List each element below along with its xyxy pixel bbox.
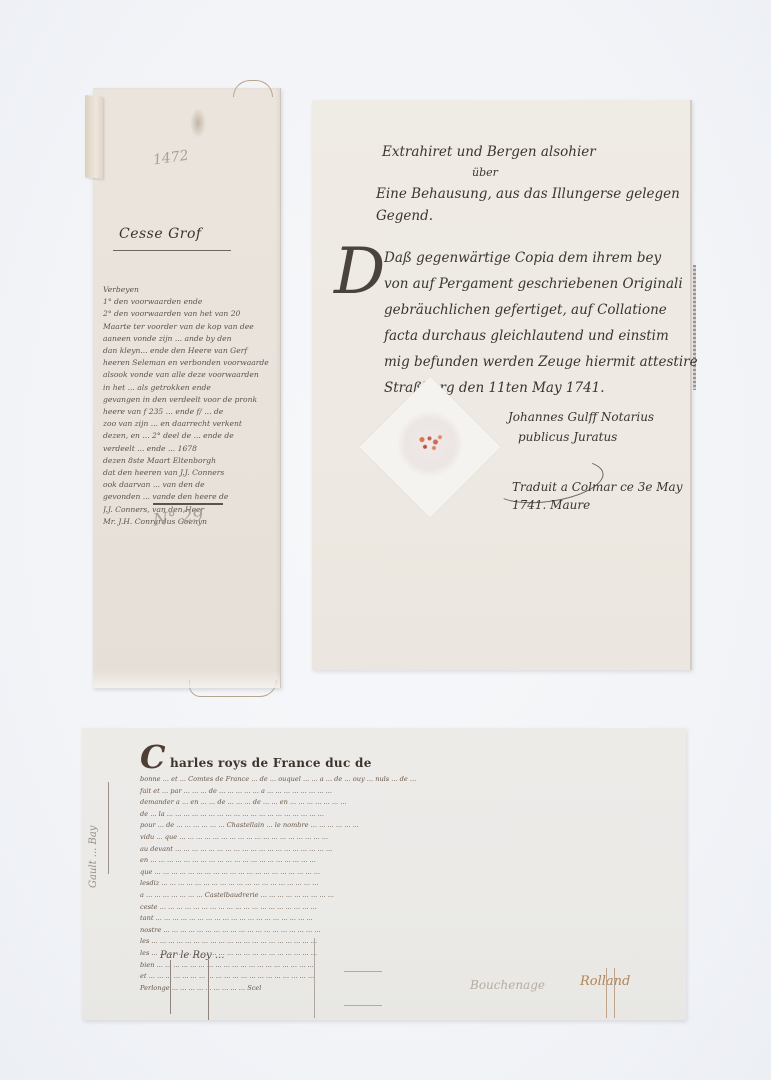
body-line: dezen 8ste Maart Eltenborgh	[103, 455, 275, 467]
body-line: gevonden ... vande den heere de	[103, 491, 275, 503]
heading-line: über	[472, 166, 498, 179]
charter-line: lesdiz ... ... ... ... ... ... ... ... .…	[140, 878, 670, 890]
charter-line: au devant ... ... ... ... ... ... ... ..…	[140, 844, 670, 856]
charter-heading: harles roys de France duc de	[170, 756, 372, 770]
charter-line: les ... ... ... ... ... ... ... ... ... …	[140, 936, 670, 948]
body-line: dan kleyn... ende den Heere van Gerf	[103, 345, 275, 357]
medieval-charter: Gault ... Bay C harles roys de France du…	[82, 728, 686, 1020]
notary-signature: Johannes Gulff Notarius	[508, 410, 654, 424]
decorative-initial: D	[334, 240, 385, 304]
body-line: heere van f 235 ... ende f/ ... de	[103, 406, 275, 418]
body-line: dat den heeren van J.J. Conners	[103, 467, 275, 479]
body-line: dezen, en ... 2° deel de ... ende de	[103, 430, 275, 442]
charter-line: fait et ... par ... ... ... de ... ... .…	[140, 786, 670, 798]
charter-line: que ... ... ... ... ... ... ... ... ... …	[140, 867, 670, 879]
charter-line: ceste ... ... ... ... ... ... ... ... ..…	[140, 902, 670, 914]
body-line: Verbeyen	[103, 284, 275, 296]
body-line: aaneen vonde zijn ... ande by den	[103, 333, 275, 345]
body-line: 1° den voorwaarden ende	[103, 296, 275, 308]
charter-line: en ... ... ... ... ... ... ... ... ... .…	[140, 855, 670, 867]
wax-seal-traces	[416, 430, 446, 454]
heading-line: Eine Behausung, aus das Illungerse geleg…	[376, 186, 680, 202]
torn-bottom-edge	[93, 670, 280, 688]
left-folded-document: 1472 Cesse Grof Verbeyen 1° den voorwaar…	[93, 88, 281, 688]
body-line: mig befunden werden Zeuge hiermit attest…	[384, 354, 698, 370]
notary-title: publicus Juratus	[518, 430, 617, 444]
charter-line: bien ... ... ... ... ... ... ... ... ...…	[140, 960, 670, 972]
charter-initial: C	[140, 738, 165, 776]
body-line: 2° den voorwaarden van het van 20	[103, 308, 275, 320]
charter-line: tant ... ... ... ... ... ... ... ... ...…	[140, 913, 670, 925]
heading-line: Extrahiret und Bergen alsohier	[382, 144, 596, 160]
closing-rule	[153, 503, 223, 505]
body-line: in het ... als getrokken ende	[103, 382, 275, 394]
fold-rule	[344, 1005, 382, 1006]
charter-line: a ... ... ... ... ... ... ... Castelbaud…	[140, 890, 670, 902]
charter-line: vidu ... que ... ... ... ... ... ... ...…	[140, 832, 670, 844]
translation-note: Traduit a Colmar ce 3e May	[512, 480, 682, 494]
folded-corner	[85, 95, 103, 179]
body-line: Maarte ter voorder van de kop van dee	[103, 321, 275, 333]
body-line: alsook vonde van alle deze voorwaarden	[103, 369, 275, 381]
fold-crease	[314, 938, 315, 1018]
charter-line: bonne ... et ... Comtes de France ... de…	[140, 774, 670, 786]
secretary-signature: Bouchenage	[470, 978, 545, 992]
charter-line: de ... la ... ... ... ... ... ... ... ..…	[140, 809, 670, 821]
seal-cord-slit	[170, 960, 171, 1014]
margin-note: Gault ... Bay	[88, 778, 99, 888]
fold-rule	[344, 971, 382, 972]
margin-rule	[108, 782, 109, 874]
translation-signature: 1741. Maure	[512, 498, 590, 512]
body-line: facta durchaus gleichlautend und einstim	[384, 328, 669, 344]
seal-cord-slit	[208, 960, 209, 1020]
body-line: gevangen in den verdeelt voor de pronk	[103, 394, 275, 406]
pencil-reference-number: 1472	[152, 148, 190, 169]
document-body: Verbeyen 1° den voorwaarden ende 2° den …	[103, 284, 275, 528]
body-line: verdeelt ... ende ... 1678	[103, 443, 275, 455]
charter-line: pour ... de ... ... ... ... ... ... Chas…	[140, 820, 670, 832]
body-line: heeren Seleman en verbonden voorwaarde	[103, 357, 275, 369]
title-underline	[113, 250, 231, 251]
charter-line: demander a ... en ... ... de ... ... ...…	[140, 797, 670, 809]
charter-body: bonne ... et ... Comtes de France ... de…	[140, 774, 670, 994]
body-line: gebräuchlichen gefertiget, auf Collation…	[384, 302, 667, 318]
binding-thread	[693, 265, 696, 390]
signature-stroke	[606, 968, 607, 1018]
german-attestation-document: Extrahiret und Bergen alsohier über Eine…	[312, 100, 692, 670]
body-line: von auf Pergament geschriebenen Original…	[384, 276, 683, 292]
body-line: ook daarvan ... van den de	[103, 479, 275, 491]
signature-stroke	[614, 968, 615, 1018]
body-line: zoo van zijn ... en daarrecht verkent	[103, 418, 275, 430]
charter-line: nostre ... ... ... ... ... ... ... ... .…	[140, 925, 670, 937]
document-title: Cesse Grof	[119, 226, 202, 242]
paper-stain	[190, 108, 206, 138]
heading-line: Gegend.	[376, 208, 433, 224]
body-line: Daß gegenwärtige Copia dem ihrem bey	[384, 250, 661, 266]
